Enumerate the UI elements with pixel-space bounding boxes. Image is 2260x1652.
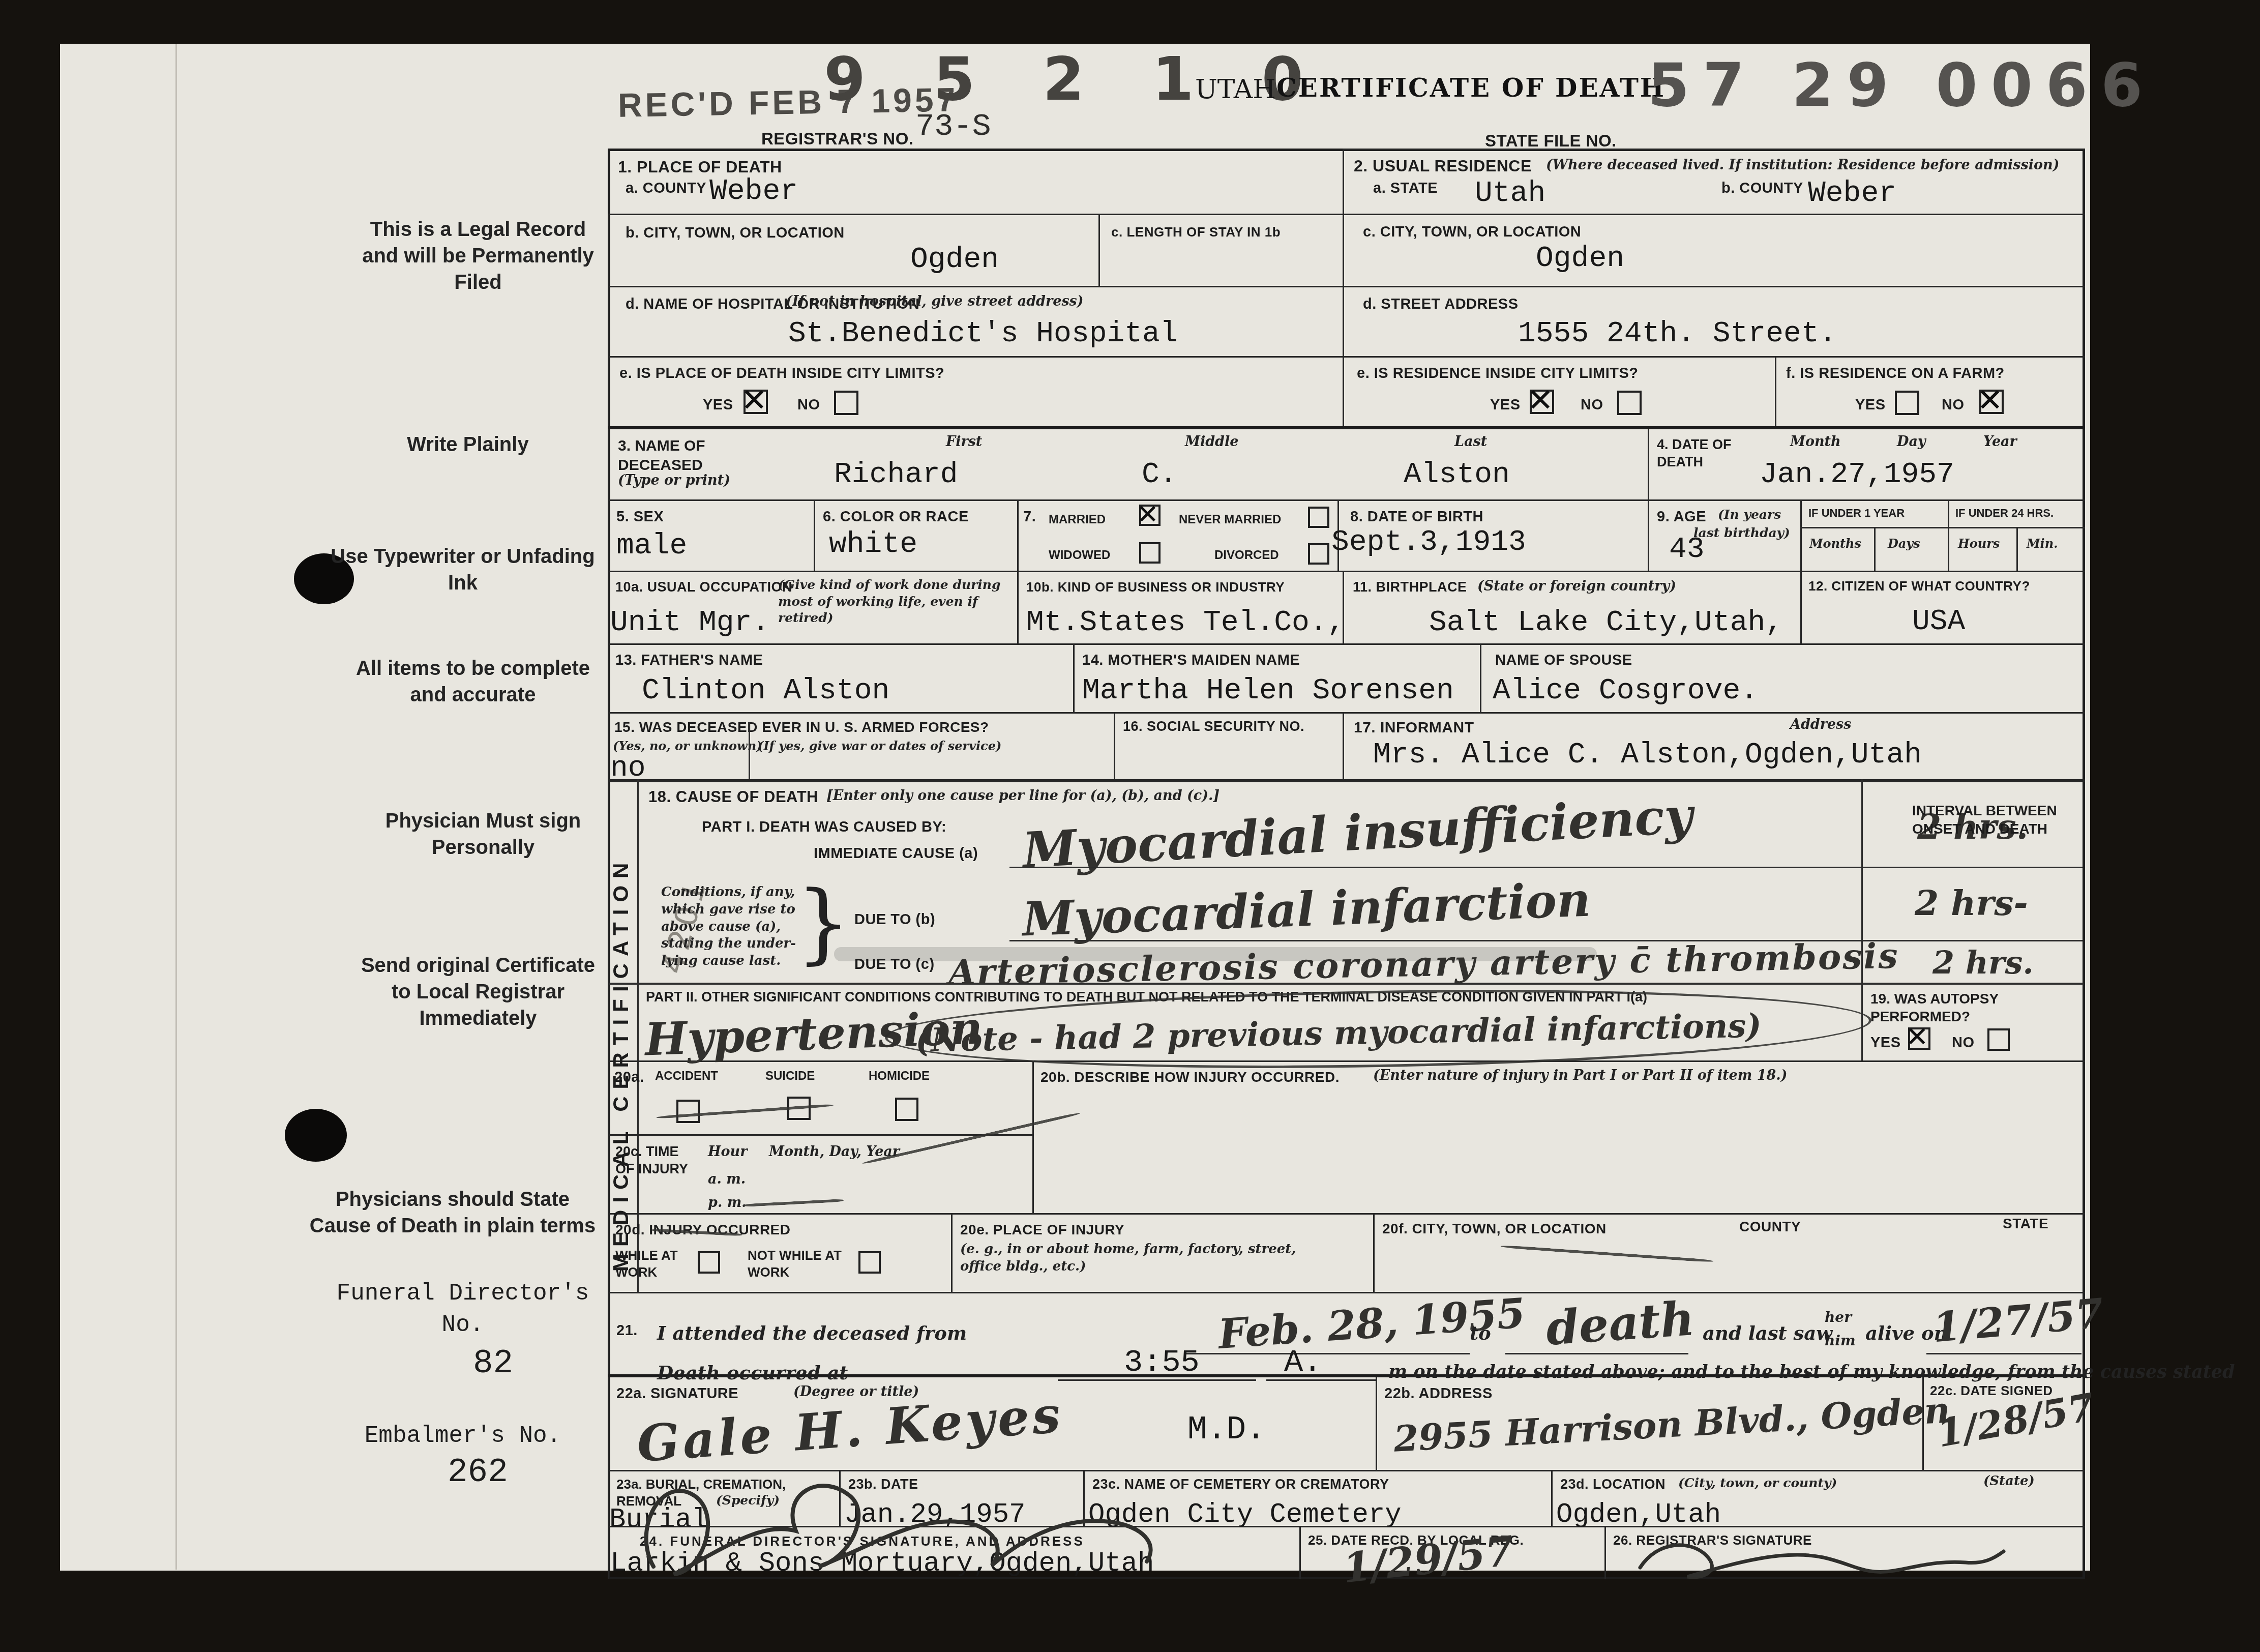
s2c-label: c. CITY, TOWN, OR LOCATION [1363,223,1581,241]
s5-value: male [616,532,687,561]
s2f-no-checkbox: ✕ [1979,390,2004,414]
margin-note-write-plainly: Write Plainly [336,431,600,458]
s11-note: (State or foreign country) [1477,578,1676,595]
s1c-label: c. LENGTH OF STAY IN 1b [1111,224,1281,241]
s21-to-value: death [1544,1295,1696,1352]
funeral-directors-no-label: Funeral Director's No. [331,1278,595,1341]
s21-ampm-underline [1266,1379,1376,1381]
s7-married-label: MARRIED [1049,513,1106,527]
s12-value: USA [1912,607,1965,637]
s1b-value: Ogden [910,245,999,275]
s21-to-underline [1505,1353,1688,1354]
spouse-label: NAME OF SPOUSE [1495,651,1632,669]
embalmers-no-label: Embalmer's No. [325,1420,600,1452]
s9-days-header: Days [1888,536,1920,551]
s10a-note: (Give kind of work done during most of w… [778,577,1017,627]
s15-note2: (If yes, give war or dates of service) [758,739,1001,754]
s2a-value: Utah [1475,179,1545,209]
s7-number: 7. [1023,508,1036,526]
margin-note-legal-record: This is a Legal Record and will be Perma… [356,216,600,296]
s9-hours-header: Hours [1958,536,2000,551]
s7-never-married-checkbox [1308,507,1329,528]
s23d-value: Ogden,Utah [1556,1501,1721,1529]
s2b-value: Weber [1808,179,1896,209]
s3-note: (Type or print) [618,472,730,489]
s4-label: 4. DATE OF DEATH [1657,436,1733,471]
margin-note-physician-sign: Physician Must sign Personally [366,808,600,861]
s1e-no-label: NO [797,396,820,414]
s20c-pm-label: p. m. [708,1194,747,1212]
s4-year-header: Year [1983,433,2017,451]
s21-alive-underline [1926,1353,2081,1354]
s2d-value: 1555 24th. Street. [1518,319,1837,349]
s7-widowed-checkbox [1139,542,1161,564]
s1a-label: a. COUNTY [626,179,706,197]
registrar-signature-path [1640,1545,2004,1577]
s23d-note: (City, town, or county) [1678,1475,1837,1491]
s20b-label: 20b. DESCRIBE HOW INJURY OCCURRED. [1040,1068,1340,1086]
s2e-yes-checkbox: ✕ [1530,390,1554,414]
s2e-yes-label: YES [1490,396,1521,414]
s10a-label: 10a. USUAL OCCUPATION [615,579,792,596]
s20f-state-label: STATE [2003,1215,2048,1232]
s20a-number: 20a. [614,1068,644,1086]
s15-label: 15. WAS DECEASED EVER IN U. S. ARMED FOR… [614,718,989,736]
s21-time-underline [1058,1379,1256,1381]
s18-conditions-note: Conditions, if any, which gave rise to a… [661,884,798,970]
s19-yes-x-mark: ✕ [1906,1023,1928,1051]
s21-him-word: him [1825,1332,1856,1349]
s15-value: no [610,754,646,783]
s20c-am-label: a. m. [708,1171,746,1188]
s20c-label: 20c. TIME OF INJURY [615,1143,697,1178]
s13-value: Clinton Alston [642,676,889,706]
s2f-yes-checkbox [1895,391,1919,415]
s20f-county-label: COUNTY [1739,1218,1801,1235]
s13-label: 13. FATHER'S NAME [615,651,763,669]
paper-crease [175,44,177,1570]
s21-number: 21. [616,1321,638,1340]
s7-widowed-label: WIDOWED [1049,548,1110,563]
s22a-degree-value: M.D. [1187,1414,1266,1447]
s9-label: 9. AGE [1657,508,1706,526]
s21-text1a: I attended the deceased from [657,1321,967,1345]
s15-inner-divider [749,722,750,779]
s20d-notwhile-label: NOT WHILE AT WORK [748,1247,844,1280]
s3-middle-header: Middle [1185,433,1238,451]
s1e-no-checkbox [834,391,858,415]
s7-married-x-mark: ✕ [1137,501,1159,528]
s17-address-header: Address [1790,716,1852,733]
registrar-signature-scrawl [1627,1536,2014,1579]
s1d-note: (If not in hospital, give street address… [786,293,1084,310]
s11-value: Salt Lake City,Utah, [1429,608,1783,638]
funeral-director-signature-path [646,1486,1151,1574]
s11-label: 11. BIRTHPLACE [1353,579,1467,596]
s8-label: 8. DATE OF BIRTH [1350,508,1483,526]
s9-under24-label: IF UNDER 24 HRS. [1955,507,2054,520]
s17-value: Mrs. Alice C. Alston,Ogden,Utah [1373,741,1922,770]
s9-months-header: Months [1809,536,1861,551]
s14-label: 14. MOTHER'S MAIDEN NAME [1082,651,1300,669]
s3-last-header: Last [1454,433,1487,451]
s18-due-b-label: DUE TO (b) [854,910,935,929]
s10b-value: Mt.States Tel.Co., [1026,608,1345,638]
s18-label: 18. CAUSE OF DEATH [648,787,818,807]
s20d-while-checkbox [698,1251,720,1274]
s19-no-checkbox [1987,1028,2010,1051]
s18-cause-a-underline [1009,867,2083,868]
s2c-value: Ogden [1536,244,1624,274]
s5-label: 5. SEX [616,508,664,526]
s9-hours-min-divider [2016,527,2018,571]
title-state: UTAH [1195,76,1276,103]
medical-certification-vertical-label: MEDICAL CERTIFICATION [610,814,632,1272]
s9-note1: (In years [1718,507,1781,522]
s19-label: 19. WAS AUTOPSY PERFORMED? [1870,990,2064,1025]
s20a-homicide-label: HOMICIDE [869,1069,930,1084]
s18-interval-b: 2 hrs- [1915,886,2028,921]
s22b-label: 22b. ADDRESS [1384,1384,1493,1403]
s21-text1b: and last saw [1703,1321,1832,1345]
s19-yes-checkbox: ✕ [1908,1027,1930,1050]
s20a-accident-checkbox [676,1100,700,1123]
s21-to-word: to [1470,1321,1491,1345]
s9-min-header: Min. [2027,536,2058,551]
s18-interval-header: INTERVAL BETWEEN ONSET AND DEATH [1912,802,2075,839]
s21-her-word: her [1825,1308,1852,1326]
s6-label: 6. COLOR OR RACE [823,508,969,526]
s20d-label: 20d. INJURY OCCURRED [615,1221,791,1238]
s4-day-header: Day [1897,433,1926,451]
s2e-yes-x-mark: ✕ [1527,385,1554,416]
s20a-suicide-label: SUICIDE [765,1069,815,1084]
s9-note2: last birthday) [1693,525,1790,541]
s2f-label: f. IS RESIDENCE ON A FARM? [1786,364,2005,382]
s1e-yes-x-mark: ✕ [741,385,767,416]
s2-title: 2. USUAL RESIDENCE [1354,156,1532,176]
s3-first-header: First [946,433,982,451]
s18-interval-c: 2 hrs. [1932,947,2034,979]
s16-label: 16. SOCIAL SECURITY NO. [1123,718,1304,735]
s9-months-days-divider [1874,527,1876,571]
s1-title: 1. PLACE OF DEATH [618,157,782,177]
s10b-label: 10b. KIND OF BUSINESS OR INDUSTRY [1026,579,1285,596]
s2a-label: a. STATE [1373,179,1438,197]
heavy-rule-1 [608,426,2085,429]
s1e-yes-label: YES [703,396,733,414]
s20b-note: (Enter nature of injury in Part I or Par… [1373,1067,1788,1084]
spouse-value: Alice Cosgrove. [1493,676,1758,706]
s19-yes-label: YES [1870,1034,1901,1052]
s18-label-note: [Enter only one cause per line for (a), … [826,787,1220,805]
s20a-accident-label: ACCIDENT [655,1069,718,1084]
s17-label: 17. INFORMANT [1354,718,1474,737]
s3-label: 3. NAME OF DECEASED [618,436,750,475]
s7-divorced-checkbox [1308,543,1329,565]
s3-first-value: Richard [834,460,958,490]
s2e-no-checkbox [1617,391,1642,415]
s7-divorced-label: DIVORCED [1214,548,1279,563]
s2e-label: e. IS RESIDENCE INSIDE CITY LIMITS? [1357,364,1639,382]
s20d-while-label: WHILE AT WORK [615,1247,692,1280]
s21-text2a: Death occurred at [657,1361,848,1384]
margin-note-send-original: Send original Certificate to Local Regis… [356,952,600,1031]
margin-note-typewriter: Use Typewriter or Unfading Ink [325,543,600,596]
s2f-yes-label: YES [1855,396,1886,414]
s10a-value: Unit Mgr. [610,608,769,638]
title-main: CERTIFICATE OF DEATH [1276,75,1666,101]
s18-part1-label: PART I. DEATH WAS CAUSED BY: [702,818,946,836]
s14-value: Martha Helen Sorensen [1082,676,1454,706]
s1d-value: St.Benedict's Hospital [788,319,1178,349]
s22a-label: 22a. SIGNATURE [616,1384,738,1403]
s20d-notwhile-checkbox [858,1251,881,1274]
s2f-no-x-mark: ✕ [1977,385,2003,416]
s20e-label: 20e. PLACE OF INJURY [960,1221,1124,1238]
s2b-label: b. COUNTY [1721,179,1803,197]
s12-label: 12. CITIZEN OF WHAT COUNTRY? [1808,578,2030,595]
punch-hole-bottom [285,1109,347,1162]
s6-value: white [829,530,917,559]
margin-note-complete-accurate: All items to be complete and accurate [346,655,600,708]
registrars-no-label: REGISTRAR'S NO. [761,128,914,149]
s21-from-underline [1185,1353,1470,1354]
s20a-homicide-checkbox [895,1098,918,1121]
s20c-mdy-header: Month, Day, Year [769,1143,900,1161]
s19-no-label: NO [1952,1034,1975,1052]
s7-never-married-label: NEVER MARRIED [1179,513,1281,527]
scanned-death-certificate: REC'D FEB 7 1957 9 5 2 1 0 REGISTRAR'S N… [0,0,2260,1652]
s7-married-checkbox: ✕ [1139,505,1161,526]
s18-due-c-label: DUE TO (c) [854,955,935,973]
margin-note-plain-terms: Physicians should State Cause of Death i… [305,1186,600,1239]
s9-under1yr-label: IF UNDER 1 YEAR [1808,507,1905,520]
s21-text2b: m on the date stated above; and to the b… [1388,1361,2235,1383]
s4-month-header: Month [1790,433,1841,451]
s18-immediate-cause-label: IMMEDIATE CAUSE (a) [814,844,978,863]
s1e-yes-checkbox: ✕ [744,390,768,414]
registrars-no-value: 73-S [915,111,991,142]
s23d-state-note: (State) [1983,1473,2035,1490]
s1b-label: b. CITY, TOWN, OR LOCATION [626,224,845,242]
s3-last-value: Alston [1404,460,1510,490]
s20f-label: 20f. CITY, TOWN, OR LOCATION [1382,1220,1607,1237]
s9-value: 43 [1669,535,1705,565]
s9-subheader-rule [1800,527,2085,528]
s2f-no-label: NO [1942,396,1965,414]
s1a-value: Weber [709,177,798,206]
s2-title-note: (Where deceased lived. If institution: R… [1546,157,2059,174]
state-file-no-stamp: 57 29 0066 [1648,55,2156,115]
s21-time-value: 3:55 [1124,1347,1200,1378]
s3-middle-value: C. [1142,460,1177,490]
s4-value: Jan.27,1957 [1760,460,1954,490]
s20e-note: (e. g., in or about home, farm, factory,… [960,1241,1326,1276]
s23d-label: 23d. LOCATION [1560,1476,1666,1493]
s18-cause-b-underline [1009,940,2083,941]
s8-value: Sept.3,1913 [1331,528,1526,557]
s21-ampm-value: A. [1284,1347,1322,1378]
s2d-label: d. STREET ADDRESS [1363,295,1519,313]
s20c-hour-header: Hour [708,1143,747,1161]
s2e-no-label: NO [1581,396,1603,414]
funeral-director-signature-scrawl [618,1465,1254,1579]
funeral-directors-no-value: 82 [473,1347,513,1380]
embalmers-no-value: 262 [448,1456,508,1489]
s1e-label: e. IS PLACE OF DEATH INSIDE CITY LIMITS? [619,364,944,382]
